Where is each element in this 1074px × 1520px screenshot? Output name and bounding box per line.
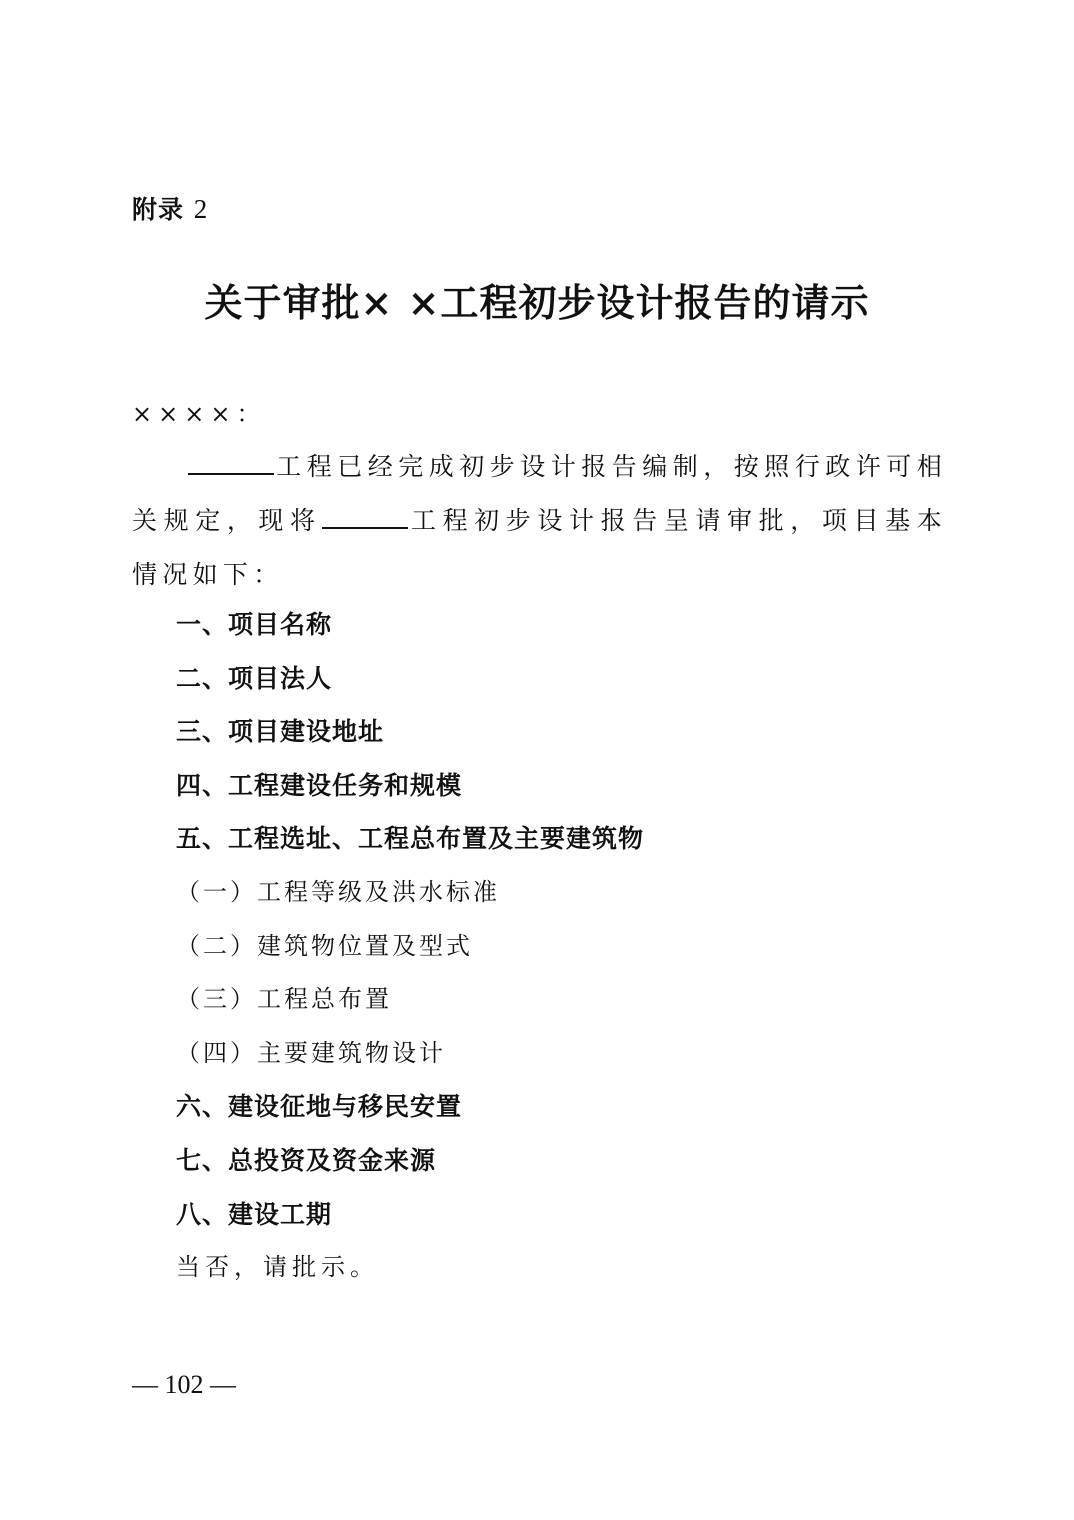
blank-project-name-1: [188, 449, 274, 475]
appendix-label: 附录 2: [132, 190, 208, 226]
outline-subitem: （四）主要建筑物设计: [176, 1027, 644, 1081]
outline-subitem: （二）建筑物位置及型式: [176, 920, 644, 974]
appendix-label-text: 附录: [132, 195, 184, 224]
outline-item: 一、项目名称: [176, 598, 644, 652]
outline-item: 八、建设工期: [176, 1188, 644, 1242]
outline-item: 三、项目建设地址: [176, 705, 644, 759]
outline-item: 五、工程选址、工程总布置及主要建筑物: [176, 812, 644, 866]
outline-list: 一、项目名称 二、项目法人 三、项目建设地址 四、工程建设任务和规模 五、工程选…: [176, 598, 644, 1295]
outline-item: 七、总投资及资金来源: [176, 1134, 644, 1188]
appendix-number: 2: [194, 194, 209, 224]
outline-item: 四、工程建设任务和规模: [176, 759, 644, 813]
page-number: — 102 —: [132, 1370, 236, 1400]
closing-line: 当否，请批示。: [176, 1241, 644, 1295]
outline-item: 六、建设征地与移民安置: [176, 1080, 644, 1134]
salutation: ××××：: [132, 394, 266, 429]
outline-subitem: （三）工程总布置: [176, 973, 644, 1027]
body-paragraph: 工程已经完成初步设计报告编制，按照行政许可相关规定，现将工程初步设计报告呈请审批…: [132, 440, 947, 602]
document-title: 关于审批× ×工程初步设计报告的请示: [0, 272, 1074, 327]
outline-subitem: （一）工程等级及洪水标准: [176, 866, 644, 920]
blank-project-name-2: [322, 503, 408, 529]
outline-item: 二、项目法人: [176, 652, 644, 706]
